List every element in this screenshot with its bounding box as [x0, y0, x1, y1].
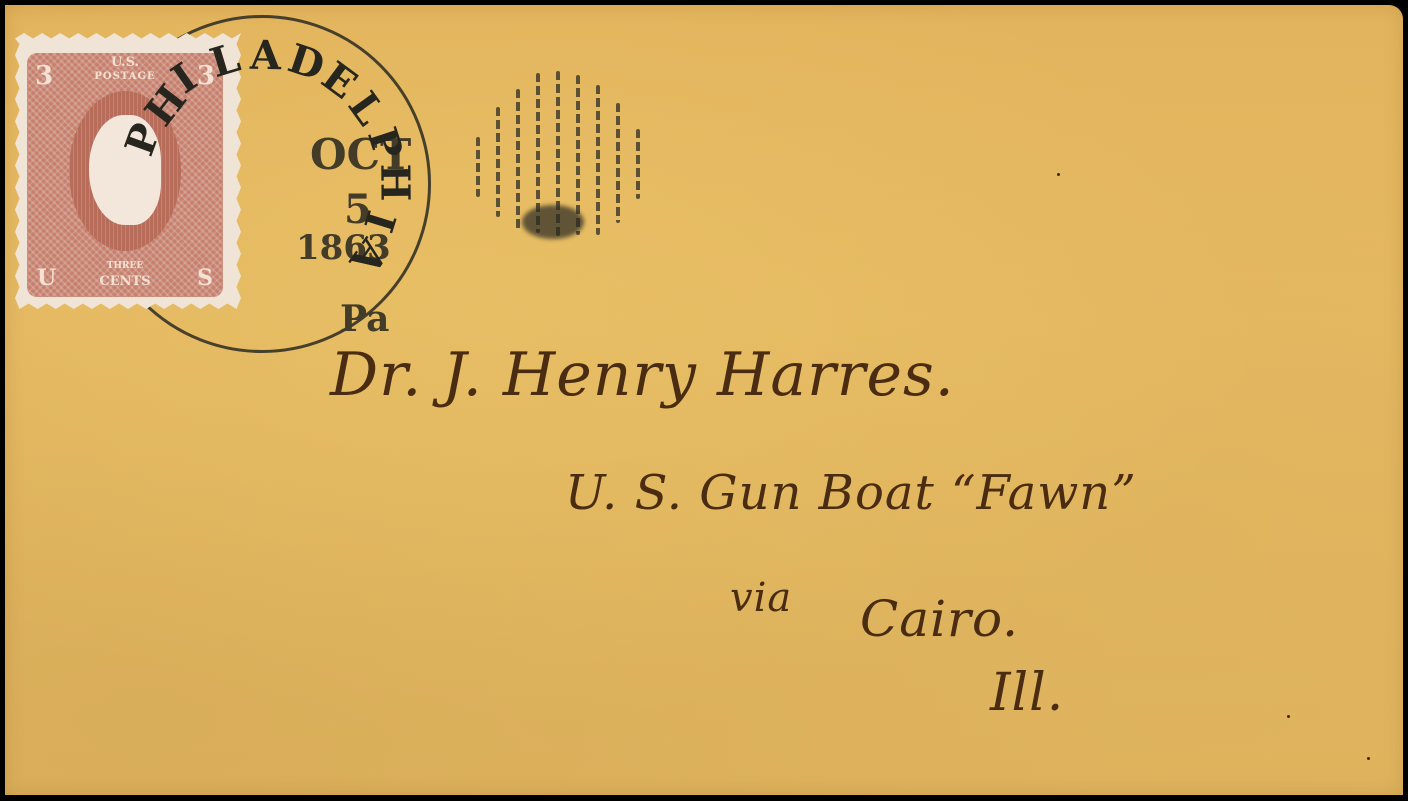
postmark-month: OCT	[310, 130, 411, 179]
paper-speck	[1367, 757, 1370, 760]
three-cent-stamp: U.S. POSTAGE 3 3 U S THREE CENTS	[15, 33, 241, 309]
grid-cancel-mark	[470, 67, 648, 239]
cancel-bar	[496, 107, 500, 217]
stamp-numeral-right: 3	[197, 61, 215, 91]
postmark-day: 5	[344, 186, 372, 233]
envelope: OCT 5 1863 Pa U.S. POSTAGE 3 3 U S THREE…	[5, 5, 1403, 795]
stamp-value-word: THREE	[27, 261, 223, 271]
stamp-country: U.S.	[27, 55, 223, 70]
cancel-bar	[516, 89, 520, 229]
postmark-year: 1863	[296, 228, 391, 268]
image-frame: OCT 5 1863 Pa U.S. POSTAGE 3 3 U S THREE…	[0, 0, 1408, 801]
postmark-state: Pa	[340, 298, 389, 340]
paper-speck	[1057, 173, 1060, 176]
address-city: Cairo.	[860, 590, 1019, 648]
cancel-ink-blot	[522, 205, 584, 239]
stamp-postage-label: POSTAGE	[27, 71, 223, 82]
address-via: via	[730, 575, 792, 621]
cancel-bar	[476, 137, 480, 197]
stamp-value-unit: CENTS	[27, 274, 223, 289]
stamp-numeral-left: 3	[35, 61, 53, 91]
paper-speck	[1287, 715, 1290, 718]
stamp-engraving: U.S. POSTAGE 3 3 U S THREE CENTS	[27, 53, 223, 297]
washington-portrait-icon	[89, 115, 161, 225]
cancel-bar	[596, 85, 600, 235]
cancel-bar	[636, 129, 640, 199]
address-recipient: Dr. J. Henry Harres.	[330, 340, 955, 410]
cancel-bar	[616, 103, 620, 223]
address-vessel: U. S. Gun Boat “Fawn”	[565, 465, 1137, 521]
address-state: Ill.	[990, 663, 1064, 723]
